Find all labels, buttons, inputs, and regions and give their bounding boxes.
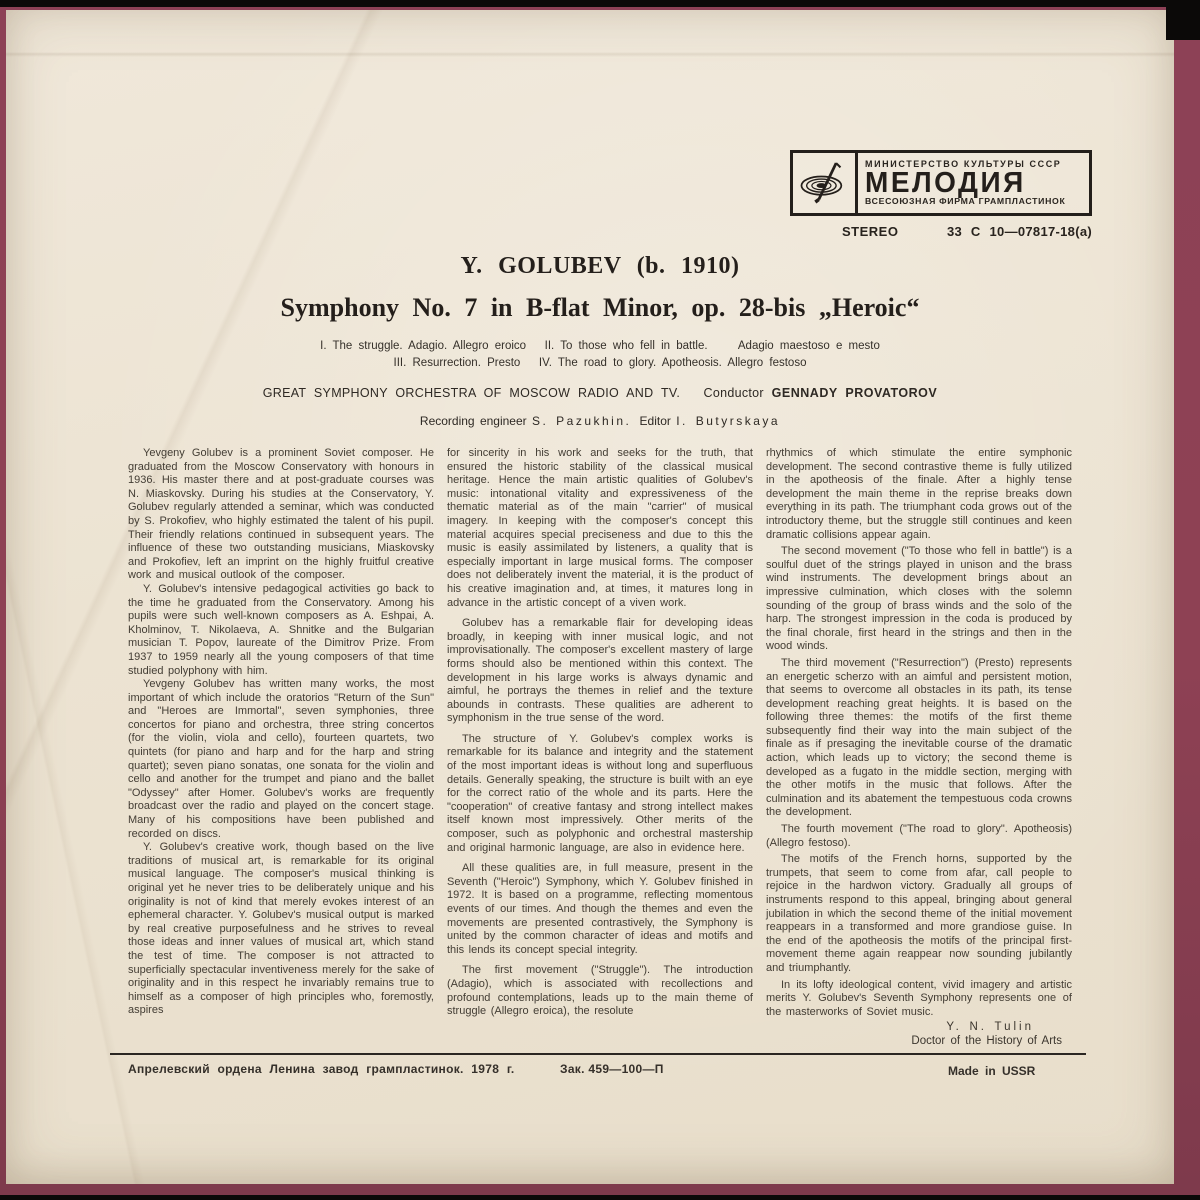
liner-paragraph: rhythmics of which stimulate the entire … [766, 447, 1072, 542]
engineer-name: S. Pazukhin [532, 414, 626, 428]
movements-line-2: III. Resurrection. Presto IV. The road t… [0, 355, 1200, 372]
liner-paragraph: The third movement ("Resurrection") (Pre… [766, 657, 1072, 820]
stereo-catalog-row: STEREO 33 C 10—07817-18(a) [790, 224, 1092, 239]
pressing-plant-line: Апрелевский ордена Ленина завод грамплас… [128, 1062, 515, 1076]
melodiya-record-icon [793, 153, 858, 213]
liner-paragraph: In its lofty ideological content, vivid … [766, 979, 1072, 1020]
orchestra-line: GREAT SYMPHONY ORCHESTRA OF MOSCOW RADIO… [0, 386, 1200, 400]
liner-paragraph: The structure of Y. Golubev's complex wo… [447, 733, 753, 855]
footer-divider [110, 1053, 1086, 1055]
liner-paragraph: Y. Golubev's creative work, though based… [128, 841, 434, 1018]
order-number: Зак. 459—100—П [560, 1062, 664, 1076]
credits-mid: . Editor [626, 414, 677, 428]
liner-paragraph: All these qualities are, in full measure… [447, 862, 753, 957]
liner-paragraph: Yevgeny Golubev is a prominent Soviet co… [128, 447, 434, 583]
liner-paragraph: Y. Golubev's intensive pedagogical activ… [128, 583, 434, 678]
publisher-block: МИНИСТЕРСТВО КУЛЬТУРЫ СССР МЕЛОДИЯ ВСЕСО… [790, 150, 1092, 239]
liner-paragraph: The fourth movement ("The road to glory"… [766, 823, 1072, 850]
made-in-label: Made in USSR [948, 1064, 1035, 1078]
movements-line-1: I. The struggle. Adagio. Allegro eroico … [0, 338, 1200, 355]
orchestra-name: GREAT SYMPHONY ORCHESTRA OF MOSCOW RADIO… [263, 386, 772, 400]
credits-line: Recording engineer S. Pazukhin. Editor I… [0, 414, 1200, 428]
stereo-label: STEREO [842, 224, 898, 239]
liner-notes-column-2: for sincerity in his work and seeks for … [447, 447, 753, 1047]
label-name: МЕЛОДИЯ [865, 169, 1084, 197]
work-title: Symphony No. 7 in B-flat Minor, op. 28-b… [0, 293, 1200, 323]
melodiya-logo-text: МИНИСТЕРСТВО КУЛЬТУРЫ СССР МЕЛОДИЯ ВСЕСО… [858, 153, 1089, 213]
liner-notes: Yevgeny Golubev is a prominent Soviet co… [128, 447, 1072, 1047]
top-right-corner-shadow [1166, 0, 1200, 40]
liner-paragraph: for sincerity in his work and seeks for … [447, 447, 753, 610]
liner-paragraph: The second movement ("To those who fell … [766, 545, 1072, 654]
signature-title: Doctor of the History of Arts [766, 1035, 1062, 1049]
liner-notes-column-3: rhythmics of which stimulate the entire … [766, 447, 1072, 1047]
movements-list: I. The struggle. Adagio. Allegro eroico … [0, 338, 1200, 372]
liner-notes-column-1: Yevgeny Golubev is a prominent Soviet co… [128, 447, 434, 1047]
signature-block: Y. N. Tulin Doctor of the History of Art… [766, 1021, 1072, 1048]
liner-paragraph: Golubev has a remarkable flair for devel… [447, 617, 753, 726]
liner-paragraph: The first movement ("Struggle"). The int… [447, 964, 753, 1018]
composer-title: Y. GOLUBEV (b. 1910) [0, 253, 1200, 280]
catalog-number: 33 C 10—07817-18(a) [947, 224, 1092, 239]
liner-paragraph: Yevgeny Golubev has written many works, … [128, 678, 434, 841]
conductor-name: GENNADY PROVATOROV [772, 386, 938, 400]
credits-prefix: Recording engineer [420, 414, 532, 428]
record-sleeve-back: МИНИСТЕРСТВО КУЛЬТУРЫ СССР МЕЛОДИЯ ВСЕСО… [0, 0, 1200, 1200]
melodiya-logo-box: МИНИСТЕРСТВО КУЛЬТУРЫ СССР МЕЛОДИЯ ВСЕСО… [790, 150, 1092, 216]
signature-name: Y. N. Tulin [766, 1021, 1034, 1035]
liner-paragraph: The motifs of the French horns, supporte… [766, 853, 1072, 975]
editor-name: I. Butyrskaya [676, 414, 780, 428]
